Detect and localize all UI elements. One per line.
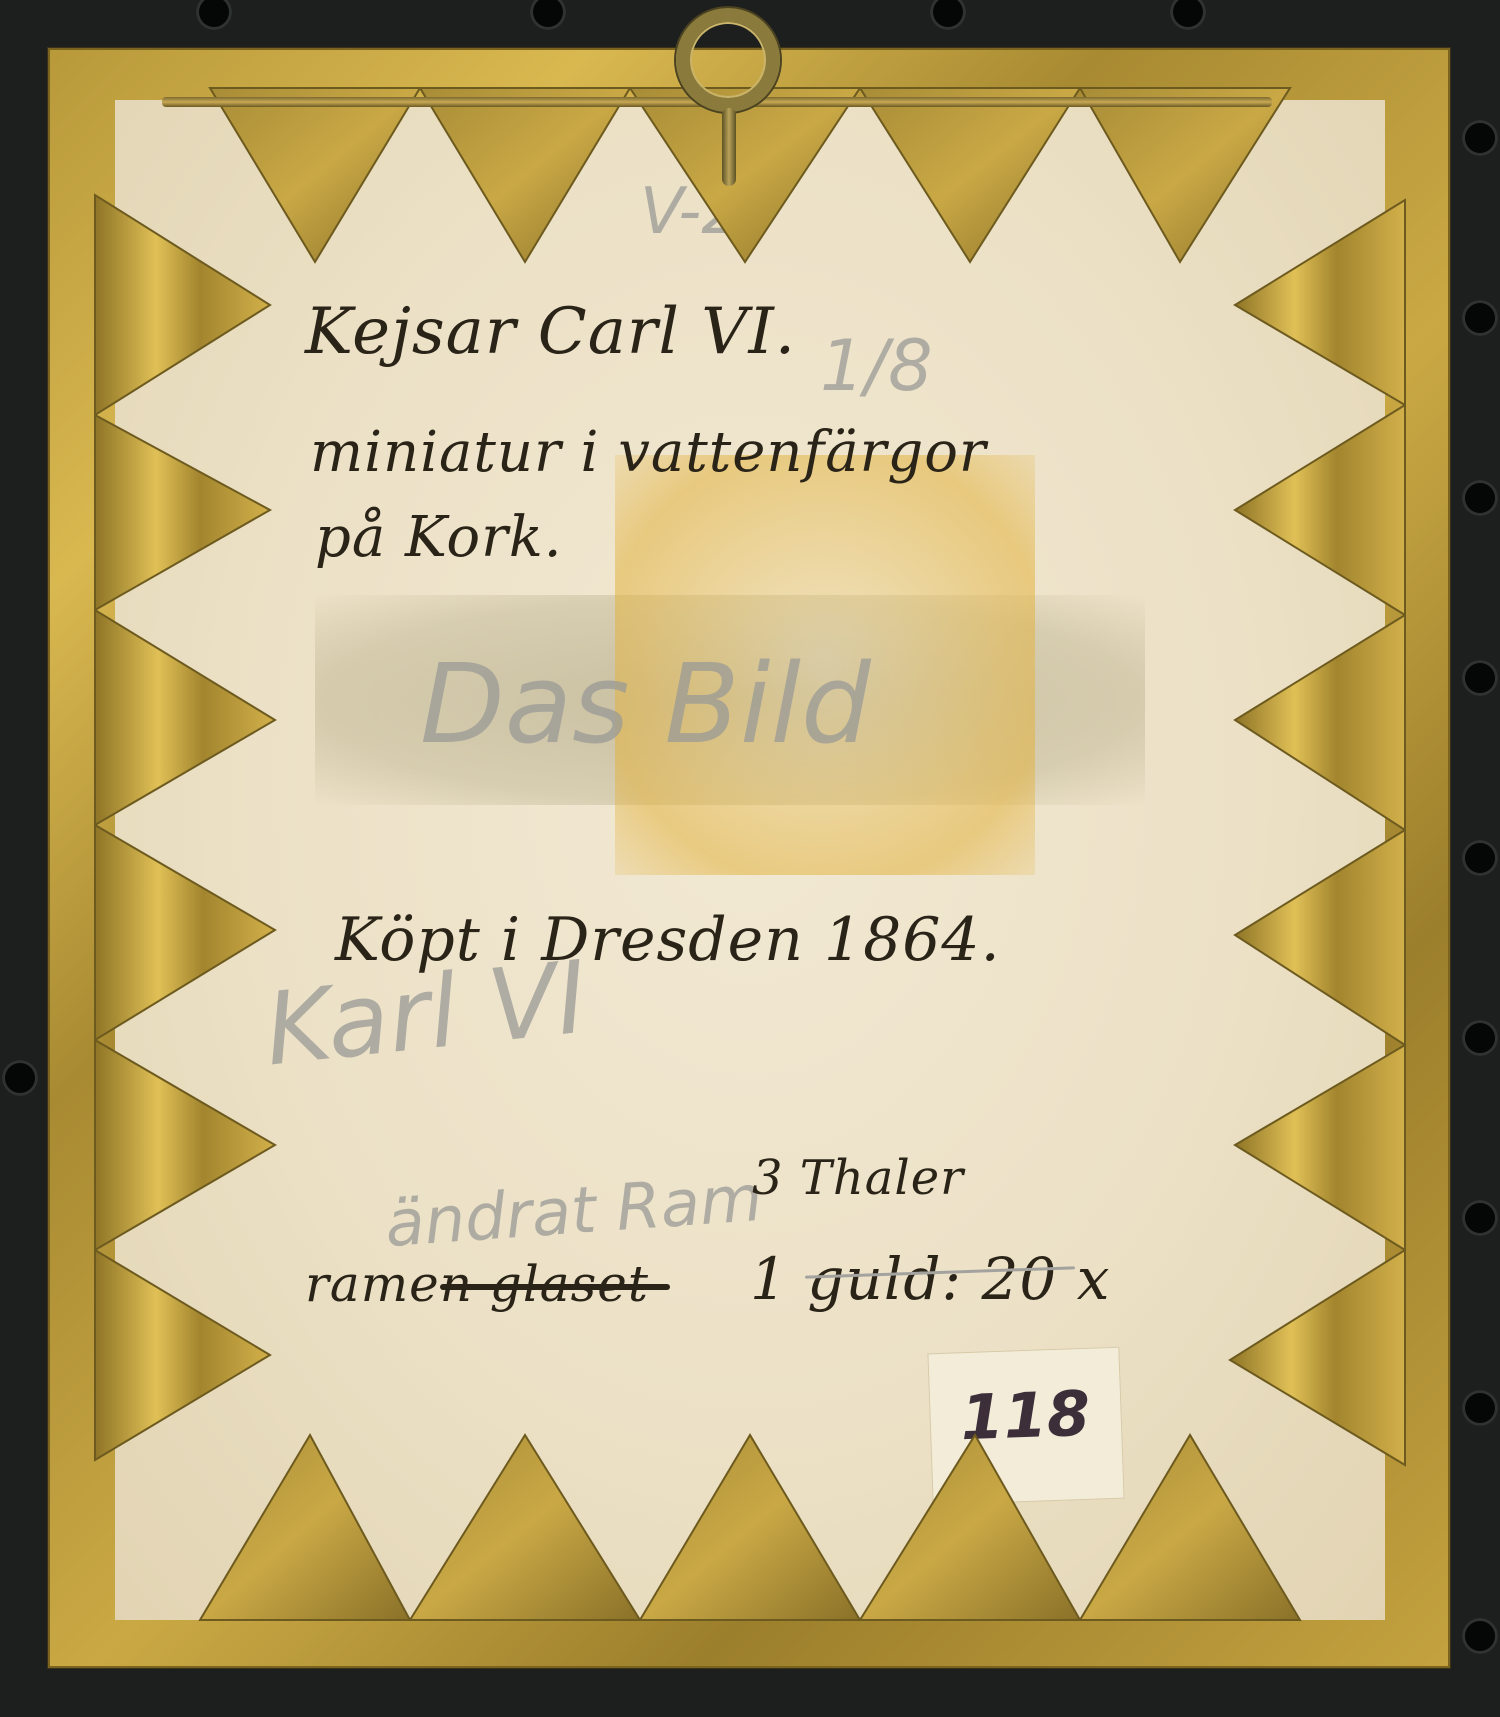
mount-hole [1462, 120, 1498, 156]
mount-hole [2, 1060, 38, 1096]
mount-hole [530, 0, 566, 30]
mount-hole [1170, 0, 1206, 30]
mount-hole [1462, 840, 1498, 876]
inventory-label: 118 [927, 1347, 1124, 1506]
mount-hole [1462, 660, 1498, 696]
mount-hole [196, 0, 232, 30]
inscription-support: på Kork. [315, 505, 563, 570]
inscription-title: Kejsar Carl VI. [305, 295, 796, 369]
inscription-price: 1 guld: 20 x [750, 1245, 1110, 1313]
pencil-note-top: V-2 [640, 175, 742, 249]
mount-hole [1462, 1390, 1498, 1426]
mount-hole [1462, 1020, 1498, 1056]
inventory-number: 118 [959, 1377, 1091, 1454]
inscription-medium: miniatur i vattenfärgor [310, 420, 987, 485]
mount-hole [1462, 300, 1498, 336]
pencil-note-fraction: 1/8 [820, 325, 933, 407]
mount-hole [1462, 480, 1498, 516]
mount-hole [1462, 1200, 1498, 1236]
inscription-price-correction: 3 Thaler [752, 1150, 964, 1206]
mount-hole [1462, 1618, 1498, 1654]
hanging-ring [676, 8, 780, 112]
inscription-provenance: Köpt i Dresden 1864. [335, 905, 1001, 975]
pencil-note-das-bild: Das Bild [420, 640, 871, 768]
mount-hole [930, 0, 966, 30]
ring-link [722, 108, 736, 186]
strikethrough-line [440, 1284, 670, 1290]
